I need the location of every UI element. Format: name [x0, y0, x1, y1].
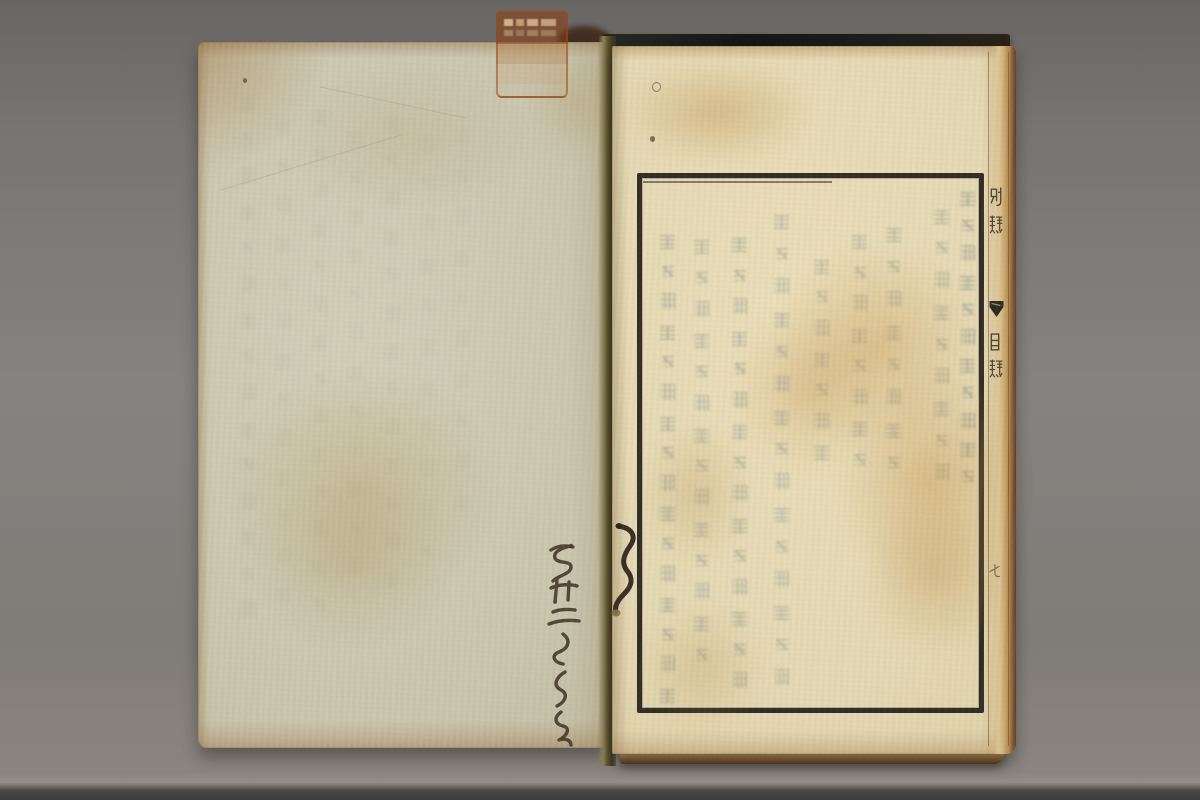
bleedthrough-glyph	[776, 248, 788, 259]
bleedthrough-glyph	[888, 261, 900, 272]
bleedthrough-glyph	[887, 389, 901, 405]
bleedthrough-glyph	[961, 443, 976, 457]
bleedthrough-glyph	[241, 314, 256, 328]
bleedthrough-glyph	[733, 425, 748, 439]
bleedthrough-glyph	[242, 351, 254, 362]
bleedthrough-glyph	[349, 325, 363, 341]
bleedthrough-glyph	[733, 238, 748, 252]
bleedthrough-glyph	[277, 355, 292, 369]
bleedthrough-glyph	[695, 240, 710, 254]
bleedthrough-glyph	[961, 413, 975, 429]
bleedthrough-glyph	[853, 295, 867, 311]
ink-speck	[243, 78, 247, 83]
bleedthrough-glyph	[421, 216, 435, 232]
bleedthrough-glyph	[313, 223, 328, 237]
bleedthrough-column	[274, 122, 294, 602]
bleedthrough-glyph	[775, 473, 789, 489]
bleedthrough-glyph	[734, 270, 746, 281]
bleedthrough-glyph	[734, 644, 746, 655]
bleedthrough-glyph	[242, 568, 254, 579]
bleedthrough-glyph	[314, 373, 326, 384]
bleedthrough-glyph	[733, 392, 747, 408]
bleedthrough-glyph	[421, 505, 436, 519]
bleedthrough-glyph	[277, 122, 292, 136]
ink-ring-speck	[652, 82, 661, 92]
bleedthrough-glyph	[313, 336, 328, 350]
bleedthrough-glyph	[242, 242, 254, 253]
bleedthrough-glyph	[695, 523, 710, 537]
book: 廿二	[190, 30, 1020, 770]
bleedthrough-glyph	[456, 171, 468, 182]
bleedthrough-glyph	[278, 394, 290, 405]
bleedthrough-glyph	[815, 413, 829, 429]
bleedthrough-glyph	[661, 326, 676, 340]
bleedthrough-glyph	[695, 301, 709, 317]
bleedthrough-glyph	[422, 178, 434, 189]
bleedthrough-glyph	[935, 402, 950, 416]
bleedthrough-glyph	[695, 489, 709, 505]
bleedthrough-glyph	[961, 192, 976, 206]
bleedthrough-glyph	[961, 245, 975, 261]
bleedthrough-glyph	[314, 486, 326, 497]
bleedthrough-glyph	[661, 384, 675, 400]
bleedthrough-column	[310, 110, 330, 610]
bleedthrough-glyph	[935, 210, 950, 224]
bleedthrough-glyph	[935, 368, 949, 384]
bleedthrough-glyph	[887, 424, 902, 438]
bleedthrough-glyph	[385, 231, 400, 245]
bleedthrough-glyph	[815, 446, 830, 460]
bleedthrough-glyph	[662, 538, 674, 549]
bleedthrough-glyph	[696, 649, 708, 660]
bleedthrough-glyph	[242, 459, 254, 470]
bleedthrough-glyph	[350, 173, 362, 184]
bleedthrough-glyph	[696, 460, 708, 471]
bleedthrough-glyph	[455, 453, 469, 469]
fore-edge-section-char	[988, 358, 1003, 381]
bleedthrough-glyph	[385, 573, 400, 587]
bleedthrough-glyph	[349, 483, 364, 497]
bleedthrough-glyph	[421, 382, 436, 396]
bleedthrough-glyph	[350, 522, 362, 533]
bleedthrough-glyph	[962, 471, 974, 482]
bleedthrough-glyph	[935, 306, 950, 320]
bleedthrough-glyph	[455, 374, 470, 388]
bleedthrough-glyph	[733, 298, 747, 314]
bleedthrough-glyph	[455, 209, 469, 225]
bleedthrough-glyph	[662, 266, 674, 277]
bleedthrough-glyph	[661, 235, 676, 249]
bleedthrough-glyph	[422, 301, 434, 312]
bleedthrough-column	[418, 137, 438, 557]
bleedthrough-glyph	[695, 617, 710, 631]
bleedthrough-glyph	[662, 629, 674, 640]
bleedthrough-column	[730, 238, 750, 688]
bleedthrough-glyph	[696, 366, 708, 377]
bleedthrough-glyph	[854, 454, 866, 465]
collection-label-stamp: illegible	[496, 10, 568, 98]
bleedthrough-column	[884, 228, 904, 468]
bleedthrough-glyph	[936, 435, 948, 446]
bleedthrough-glyph	[853, 389, 867, 405]
bleedthrough-glyph	[961, 329, 975, 345]
bleedthrough-glyph	[815, 260, 830, 274]
bleedthrough-glyph	[775, 571, 789, 587]
bleedthrough-glyph	[733, 579, 747, 595]
left-page: 廿二	[198, 42, 607, 748]
bleedthrough-glyph	[385, 345, 400, 359]
bleedthrough-glyph	[734, 457, 746, 468]
bleedthrough-glyph	[385, 419, 399, 435]
bleedthrough-glyph	[733, 485, 747, 501]
bleedthrough-glyph	[661, 475, 675, 491]
bleedthrough-glyph	[241, 276, 255, 292]
ink-speck	[650, 136, 655, 142]
bleedthrough-glyph	[733, 332, 748, 346]
bleedthrough-column	[452, 130, 472, 510]
bleedthrough-glyph	[349, 442, 363, 458]
bleedthrough-glyph	[815, 353, 830, 367]
bleedthrough-glyph	[734, 363, 746, 374]
bleedthrough-glyph	[385, 191, 399, 207]
bleedthrough-column	[812, 260, 832, 460]
bleedthrough-glyph	[385, 533, 399, 549]
bleedthrough-glyph	[455, 331, 469, 347]
photo-scene: 廿二	[0, 0, 1200, 800]
bleedthrough-glyph	[385, 459, 400, 473]
bleedthrough-glyph	[455, 130, 470, 144]
bleedthrough-glyph	[278, 511, 290, 522]
bleedthrough-glyph	[854, 267, 866, 278]
bleedthrough-glyph	[313, 408, 327, 424]
bleedthrough-glyph	[775, 606, 790, 620]
bleedthrough-glyph	[733, 612, 748, 626]
bleedthrough-glyph	[386, 383, 398, 394]
stain	[620, 60, 815, 165]
bleedthrough-column	[382, 117, 402, 587]
bleedthrough-column	[238, 97, 258, 617]
bleedthrough-glyph	[455, 252, 470, 266]
bleedthrough-glyph	[853, 422, 868, 436]
bleedthrough-glyph	[816, 384, 828, 395]
bleedthrough-glyph	[241, 97, 256, 111]
bleedthrough-glyph	[776, 346, 788, 357]
bleedthrough-glyph	[314, 261, 326, 272]
bleedthrough-glyph	[277, 197, 291, 213]
bleedthrough-glyph	[349, 209, 363, 225]
bleedthrough-glyph	[887, 291, 901, 307]
bleedthrough-glyph	[696, 272, 708, 283]
bleedthrough-glyph	[661, 598, 676, 612]
bleedthrough-glyph	[350, 406, 362, 417]
bleedthrough-glyph	[277, 547, 291, 563]
bleedthrough-glyph	[456, 415, 468, 426]
bleedthrough-column	[346, 134, 366, 574]
bleedthrough-glyph	[421, 260, 436, 274]
bleedthrough-glyph	[661, 293, 675, 309]
bleedthrough-column	[958, 192, 978, 482]
bleedthrough-glyph	[313, 296, 327, 312]
bleedthrough-glyph	[241, 531, 256, 545]
bleedthrough-glyph	[815, 320, 829, 336]
bleedthrough-glyph	[277, 314, 291, 330]
printed-frame	[637, 173, 984, 713]
bleedthrough-glyph	[385, 305, 399, 321]
bleedthrough-glyph	[241, 601, 255, 617]
bleedthrough-glyph	[776, 541, 788, 552]
bleedthrough-glyph	[421, 137, 436, 151]
bleedthrough-glyph	[887, 228, 902, 242]
bleedthrough-glyph	[313, 521, 327, 537]
bleedthrough-glyph	[661, 656, 675, 672]
bleedthrough-glyph	[733, 672, 747, 688]
bleedthrough-glyph	[775, 411, 790, 425]
bleedthrough-glyph	[888, 359, 900, 370]
bleedthrough-glyph	[277, 430, 291, 446]
bleedthrough-glyph	[349, 250, 364, 264]
bleedthrough-column	[932, 210, 952, 480]
bleedthrough-glyph	[776, 639, 788, 650]
bleedthrough-glyph	[241, 493, 255, 509]
bleedthrough-glyph	[854, 360, 866, 371]
bleedthrough-glyph	[241, 423, 256, 437]
frame-interior	[642, 178, 979, 708]
bleedthrough-glyph	[775, 669, 789, 685]
bleedthrough-glyph	[695, 395, 709, 411]
bleedthrough-glyph	[349, 558, 363, 574]
fore-edge-section-char	[988, 332, 1001, 353]
right-page: 別録 目録 七	[612, 46, 1016, 754]
bleedthrough-glyph	[935, 272, 949, 288]
bleedthrough-glyph	[661, 507, 676, 521]
bleedthrough-glyph	[661, 417, 676, 431]
bleedthrough-glyph	[776, 443, 788, 454]
bleedthrough-glyph	[775, 313, 790, 327]
bleedthrough-glyph	[961, 276, 976, 290]
fore-edge-title-char	[988, 214, 1003, 237]
stamp-text-row	[504, 19, 560, 26]
bleedthrough-glyph	[456, 293, 468, 304]
ink-hook-mark	[606, 520, 646, 620]
bleedthrough-glyph	[350, 289, 362, 300]
bleedthrough-glyph	[422, 423, 434, 434]
bleedthrough-glyph	[936, 242, 948, 253]
bleedthrough-glyph	[313, 448, 328, 462]
bleedthrough-glyph	[962, 220, 974, 231]
bleedthrough-glyph	[455, 496, 470, 510]
bleedthrough-glyph	[775, 215, 790, 229]
bleedthrough-glyph	[313, 183, 327, 199]
leaf-number-char	[988, 562, 1000, 579]
bleedthrough-glyph	[421, 462, 435, 478]
bleedthrough-glyph	[241, 206, 256, 220]
bleedthrough-glyph	[962, 387, 974, 398]
bleedthrough-glyph	[935, 464, 949, 480]
bleedthrough-glyph	[313, 110, 328, 124]
bleedthrough-glyph	[816, 291, 828, 302]
bleedthrough-glyph	[961, 359, 976, 373]
bleedthrough-glyph	[695, 334, 710, 348]
bleedthrough-glyph	[696, 555, 708, 566]
bleedthrough-column	[658, 235, 678, 703]
fore-edge-title-char	[988, 186, 1003, 207]
bleedthrough-glyph	[277, 238, 292, 252]
bleedthrough-glyph	[661, 566, 675, 582]
bleedthrough-glyph	[853, 235, 868, 249]
bleedthrough-glyph	[775, 376, 789, 392]
bleedthrough-glyph	[661, 689, 676, 703]
bleedthrough-glyph	[775, 508, 790, 522]
stamp-text-row	[504, 30, 560, 36]
bleedthrough-glyph	[386, 269, 398, 280]
bleedthrough-column	[692, 240, 712, 660]
bleedthrough-glyph	[278, 278, 290, 289]
bleedthrough-glyph	[733, 519, 748, 533]
bleedthrough-glyph	[421, 339, 435, 355]
bleedthrough-glyph	[887, 326, 902, 340]
bleedthrough-glyph	[241, 384, 255, 400]
bleedthrough-glyph	[277, 471, 292, 485]
bleedthrough-column	[850, 235, 870, 465]
handwritten-annotation	[527, 540, 589, 748]
bleedthrough-glyph	[385, 117, 400, 131]
bleedthrough-glyph	[277, 588, 292, 602]
bleedthrough-glyph	[314, 599, 326, 610]
bleedthrough-glyph	[313, 561, 328, 575]
bleedthrough-glyph	[695, 583, 709, 599]
bleedthrough-glyph	[386, 497, 398, 508]
bleedthrough-column	[772, 215, 792, 685]
bleedthrough-glyph	[349, 366, 364, 380]
bleedthrough-glyph	[242, 134, 254, 145]
fishtail-mark	[988, 300, 1005, 326]
bleedthrough-glyph	[888, 457, 900, 468]
bleedthrough-glyph	[936, 339, 948, 350]
bleedthrough-glyph	[386, 155, 398, 166]
bleedthrough-glyph	[695, 429, 710, 443]
bleedthrough-glyph	[734, 550, 746, 561]
fore-edge-fold	[982, 46, 1016, 754]
bleedthrough-glyph	[853, 329, 868, 343]
bleedthrough-glyph	[662, 447, 674, 458]
bleedthrough-glyph	[422, 546, 434, 557]
bleedthrough-glyph	[775, 278, 789, 294]
bleedthrough-glyph	[662, 356, 674, 367]
bleedthrough-glyph	[962, 304, 974, 315]
